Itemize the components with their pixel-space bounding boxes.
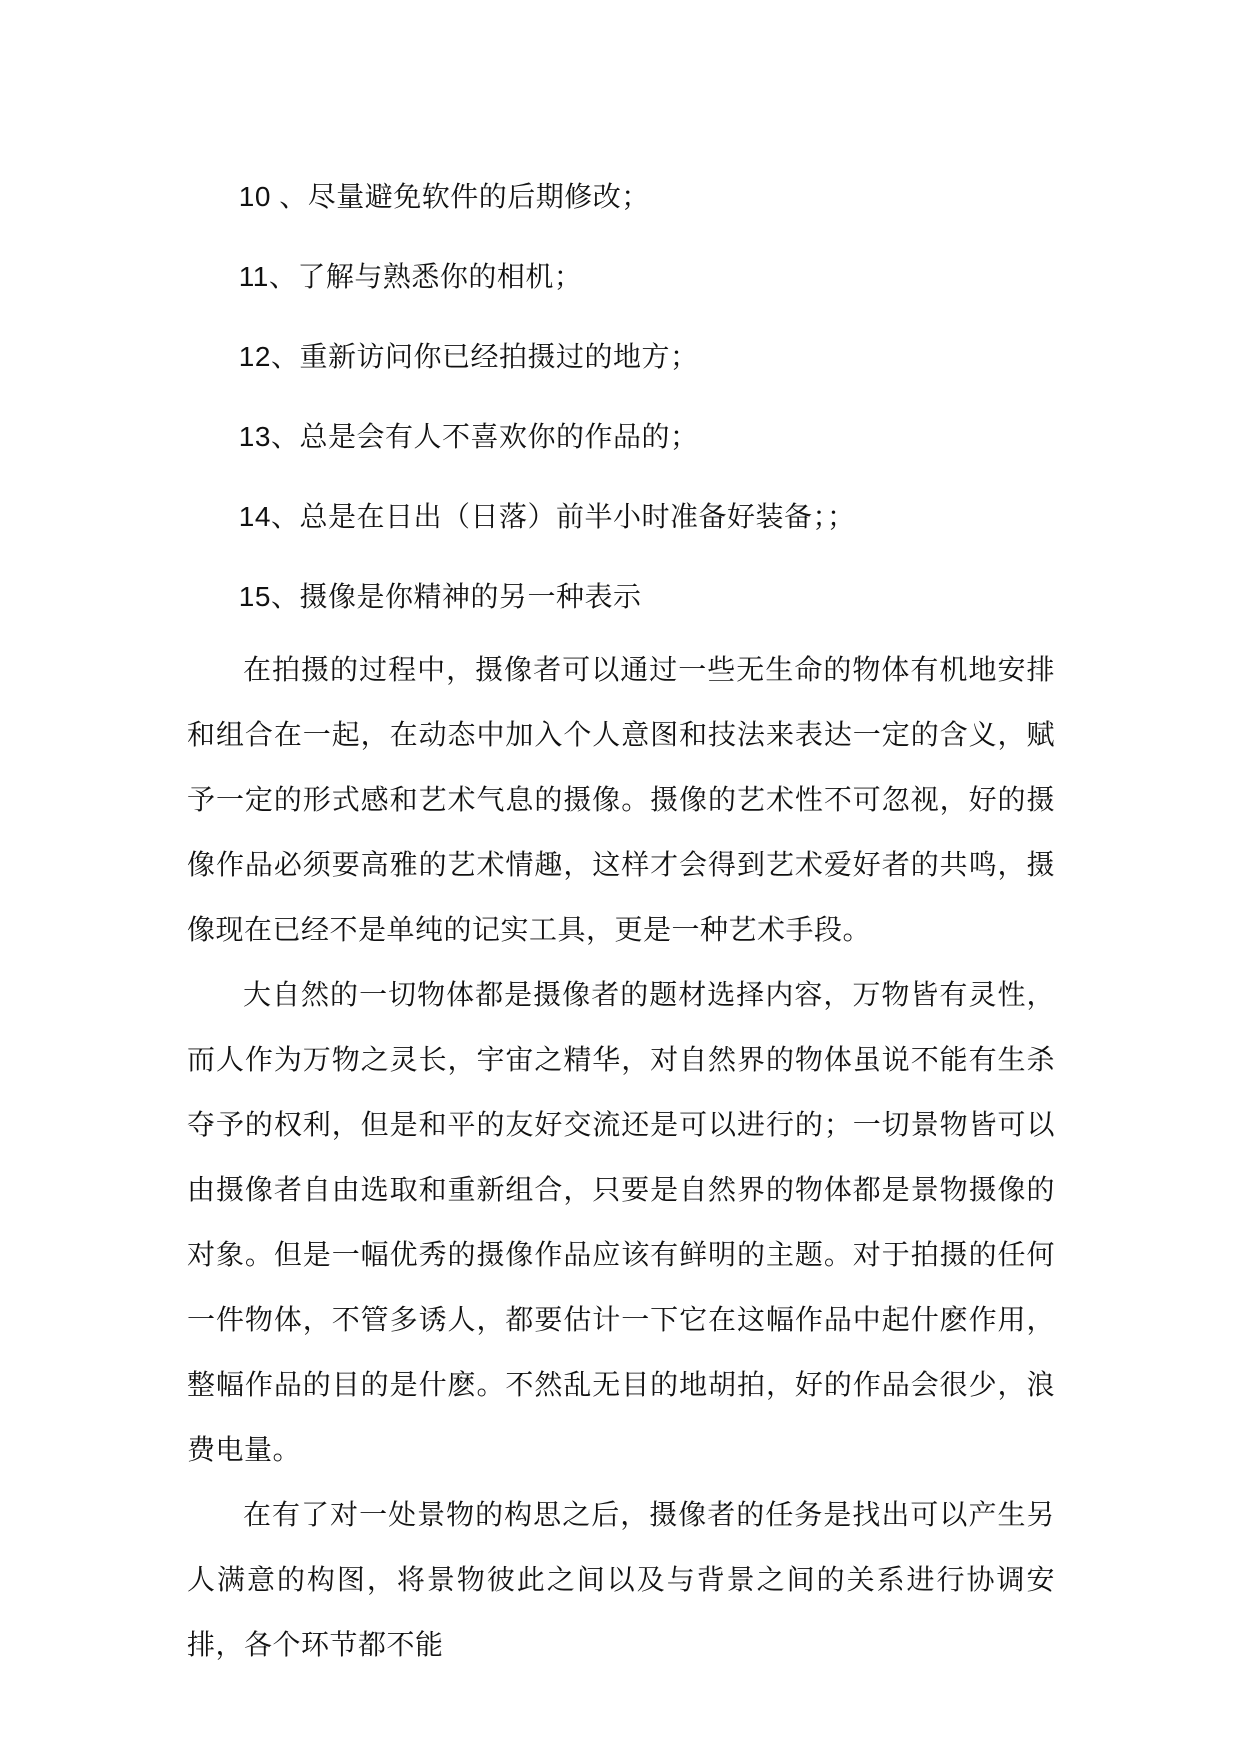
paragraph-2: 大自然的一切物体都是摄像者的题材选择内容，万物皆有灵性，而人作为万物之灵长，宇宙… (187, 962, 1055, 1482)
list-item-13: 13、总是会有人不喜欢你的作品的； (187, 397, 1055, 477)
paragraph-3: 在有了对一处景物的构思之后，摄像者的任务是找出可以产生另人满意的构图，将景物彼此… (187, 1482, 1055, 1677)
document-page: 10 、尽量避免软件的后期修改； 11、了解与熟悉你的相机； 12、重新访问你已… (187, 157, 1055, 1677)
paragraph-1: 在拍摄的过程中，摄像者可以通过一些无生命的物体有机地安排和组合在一起，在动态中加… (187, 637, 1055, 962)
list-item-15: 15、摄像是你精神的另一种表示 (187, 557, 1055, 637)
list-item-11: 11、了解与熟悉你的相机； (187, 237, 1055, 317)
list-item-14: 14、总是在日出（日落）前半小时准备好装备；； (187, 477, 1055, 557)
list-item-10: 10 、尽量避免软件的后期修改； (187, 157, 1055, 237)
list-item-12: 12、重新访问你已经拍摄过的地方； (187, 317, 1055, 397)
